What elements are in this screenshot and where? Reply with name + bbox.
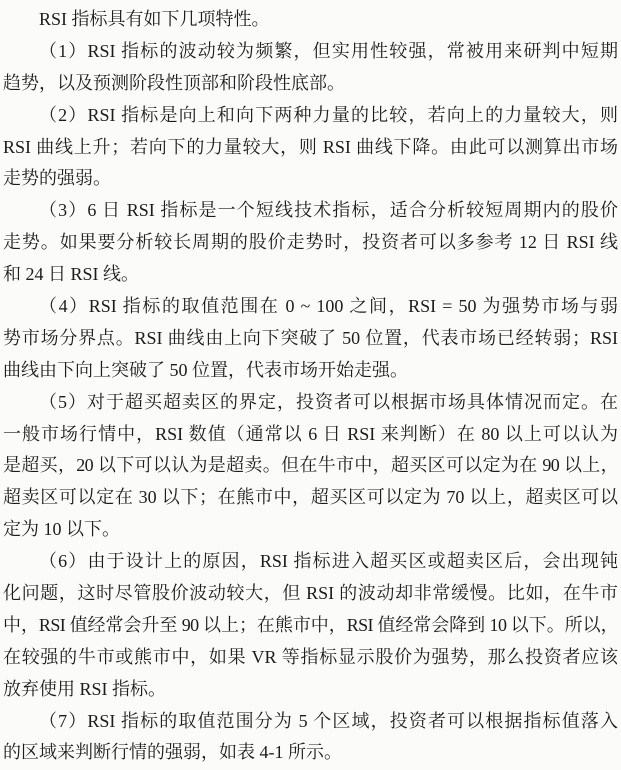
text-line: 趋势，以及预测阶段性顶部和阶段性底部。 — [3, 68, 618, 100]
text-line: 走势的强弱。 — [3, 163, 618, 195]
text-line: （2）RSI 指标是向上和向下两种力量的比较，若向上的力量较大，则 — [3, 100, 618, 132]
text-line: （4）RSI 指标的取值范围在 0 ~ 100 之间，RSI = 50 为强势市… — [3, 291, 618, 323]
text-line: 和 24 日 RSI 线。 — [3, 259, 618, 291]
document-page: RSI 指标具有如下几项特性。 （1）RSI 指标的波动较为频繁，但实用性较强，… — [0, 0, 621, 770]
text-line: 走势。如果要分析较长周期的股价走势时，投资者可以多参考 12 日 RSI 线 — [3, 227, 618, 259]
text-line: 超卖区可以定在 30 以下；在熊市中，超买区可以定为 70 以上，超卖区可以 — [3, 482, 618, 514]
text-line: （7）RSI 指标的取值范围分为 5 个区域，投资者可以根据指标值落入 — [3, 706, 618, 738]
text-line: 放弃使用 RSI 指标。 — [3, 674, 618, 706]
text-line: 曲线由下向上突破了 50 位置，代表市场开始走强。 — [3, 355, 618, 387]
text-line: 化问题，这时尽管股价波动较大，但 RSI 的波动却非常缓慢。比如，在牛市 — [3, 578, 618, 610]
text-line: 在较强的牛市或熊市中，如果 VR 等指标显示股价为强势，那么投资者应该 — [3, 642, 618, 674]
text-line: 定为 10 以下。 — [3, 514, 618, 546]
text-line: 一般市场行情中，RSI 数值（通常以 6 日 RSI 来判断）在 80 以上可以… — [3, 419, 618, 451]
text-line: RSI 曲线上升；若向下的力量较大，则 RSI 曲线下降。由此可以测算出市场 — [3, 132, 618, 164]
text-line: 是超买，20 以下可以认为是超卖。但在牛市中，超买区可以定为在 90 以上， — [3, 450, 618, 482]
text-line: （6）由于设计上的原因，RSI 指标进入超买区或超卖区后，会出现钝 — [3, 546, 618, 578]
text-line: （5）对于超买超卖区的界定，投资者可以根据市场具体情况而定。在 — [3, 387, 618, 419]
text-line: 中，RSI 值经常会升至 90 以上；在熊市中，RSI 值经常会降到 10 以下… — [3, 610, 618, 642]
text-line: （3）6 日 RSI 指标是一个短线技术指标，适合分析较短周期内的股价 — [3, 195, 618, 227]
text-line: 势市场分界点。RSI 曲线由上向下突破了 50 位置，代表市场已经转弱；RSI — [3, 323, 618, 355]
text-line: （1）RSI 指标的波动较为频繁，但实用性较强，常被用来研判中短期 — [3, 36, 618, 68]
text-line: 的区域来判断行情的强弱，如表 4-1 所示。 — [3, 737, 618, 769]
text-line: RSI 指标具有如下几项特性。 — [3, 4, 618, 36]
